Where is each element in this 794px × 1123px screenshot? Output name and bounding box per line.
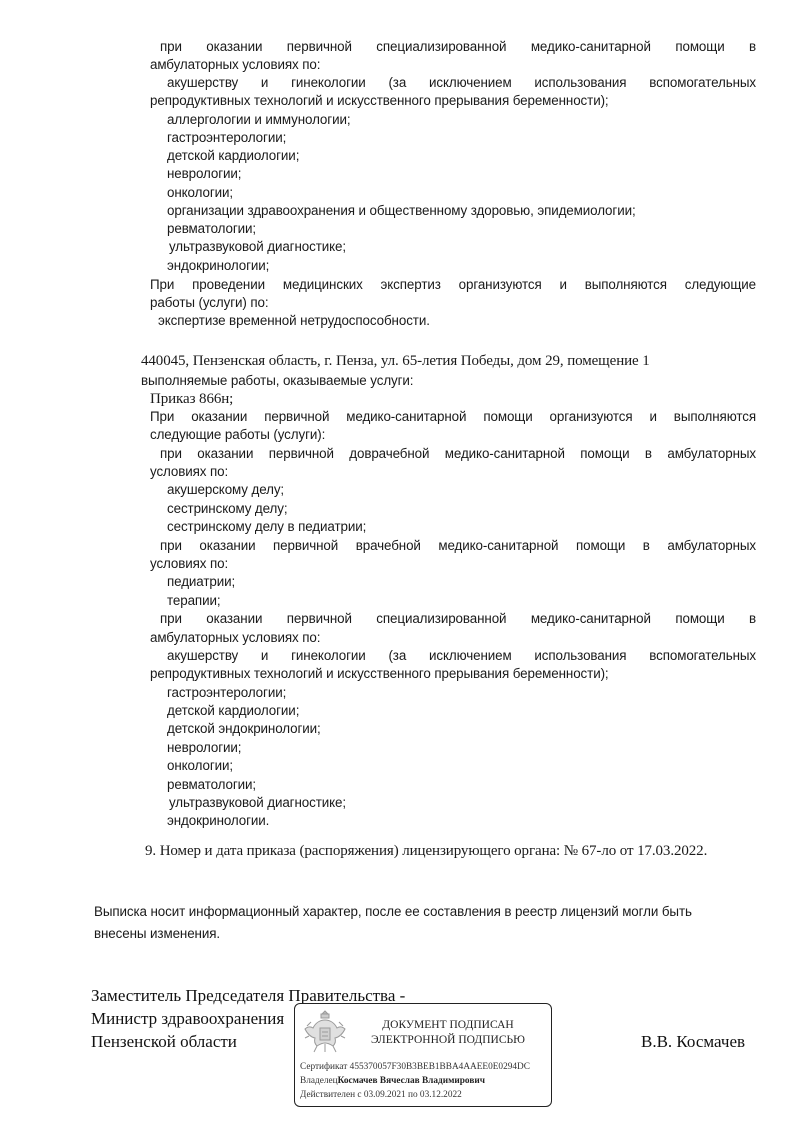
list-item: гастроэнтерологии;	[167, 129, 286, 147]
spec-care-intro-cont: амбулаторных условиях по:	[150, 56, 320, 74]
list-item: эндокринологии;	[167, 257, 269, 275]
stamp-title-line2: ЭЛЕКТРОННОЙ ПОДПИСЬЮ	[353, 1033, 543, 1048]
list-item: онкологии;	[167, 757, 233, 775]
list-item: детской кардиологии;	[167, 702, 299, 720]
list-item: аллергологии и иммунологии;	[167, 111, 350, 129]
list-item: детской эндокринологии;	[167, 720, 321, 738]
expertise-intro-cont: работы (услуги) по:	[150, 294, 268, 312]
list-item: экспертизе временной нетрудоспособности.	[158, 312, 430, 330]
list-item: детской кардиологии;	[167, 147, 299, 165]
stamp-title: ДОКУМЕНТ ПОДПИСАН ЭЛЕКТРОННОЙ ПОДПИСЬЮ	[353, 1018, 543, 1048]
list-item-cont: репродуктивных технологий и искусственно…	[150, 92, 609, 110]
e-signature-stamp: ДОКУМЕНТ ПОДПИСАН ЭЛЕКТРОННОЙ ПОДПИСЬЮ С…	[294, 1003, 552, 1107]
list-item: эндокринологии.	[167, 812, 269, 830]
vrach-intro-cont: условиях по:	[150, 555, 228, 573]
spec-intro: при оказании первичной специализированно…	[160, 610, 756, 628]
russian-coat-of-arms-icon	[303, 1008, 347, 1056]
vrach-intro: при оказании первичной врачебной медико-…	[160, 537, 756, 555]
spec-care-intro: при оказании первичной специализированно…	[160, 38, 756, 56]
owner-value: Космачев Вячеслав Владимирович	[338, 1076, 485, 1086]
spec-intro-cont: амбулаторных условиях по:	[150, 629, 320, 647]
list-item: неврологии;	[167, 739, 241, 757]
order-ref: Приказ 866н;	[150, 390, 233, 408]
list-item: терапии;	[167, 592, 220, 610]
signer-name: В.В. Космачев	[641, 1031, 745, 1053]
disclaimer-line2: внесены изменения.	[94, 925, 220, 943]
document-page: при оказании первичной специализированно…	[0, 0, 794, 1123]
disclaimer-line1: Выписка носит информационный характер, п…	[94, 903, 692, 921]
stamp-validity: Действителен с 03.09.2021 по 03.12.2022	[300, 1089, 462, 1102]
signer-position-line3: Пензенской области	[91, 1031, 237, 1053]
expertise-intro: При проведении медицинских экспертиз орг…	[150, 276, 756, 294]
address: 440045, Пензенская область, г. Пенза, ул…	[141, 352, 650, 370]
owner-label: Владелец	[300, 1076, 338, 1086]
stamp-certificate: Сертификат 455370057F30B3BEB1BBA4AAEE0E0…	[300, 1061, 530, 1074]
pmsp-intro: При оказании первичной медико-санитарной…	[150, 408, 756, 426]
list-item: гастроэнтерологии;	[167, 684, 286, 702]
list-item: организации здравоохранения и общественн…	[167, 202, 636, 220]
list-item: сестринскому делу в педиатрии;	[167, 518, 366, 536]
list-item: педиатрии;	[167, 573, 235, 591]
list-item: ревматологии;	[167, 220, 256, 238]
list-item: сестринскому делу;	[167, 500, 287, 518]
stamp-owner: ВладелецКосмачев Вячеслав Владимирович	[300, 1075, 485, 1088]
works-label: выполняемые работы, оказываемые услуги:	[141, 372, 413, 390]
certificate-value: 455370057F30B3BEB1BBA4AAEE0E0294DC	[350, 1062, 530, 1072]
pmsp-intro-cont: следующие работы (услуги):	[150, 426, 325, 444]
list-item: ультразвуковой диагностике;	[169, 794, 346, 812]
list-item: ультразвуковой диагностике;	[169, 238, 346, 256]
prevrach-intro: при оказании первичной доврачебной медик…	[160, 445, 756, 463]
certificate-label: Сертификат	[300, 1062, 347, 1072]
list-item: акушерскому делу;	[167, 481, 284, 499]
list-item-cont: репродуктивных технологий и искусственно…	[150, 665, 609, 683]
list-item: неврологии;	[167, 165, 241, 183]
prevrach-intro-cont: условиях по:	[150, 463, 228, 481]
signer-position-line2: Министр здравоохранения	[91, 1008, 284, 1030]
list-item: акушерству и гинекологии (за исключением…	[167, 74, 756, 92]
list-item: онкологии;	[167, 184, 233, 202]
stamp-title-line1: ДОКУМЕНТ ПОДПИСАН	[353, 1018, 543, 1033]
list-item: ревматологии;	[167, 776, 256, 794]
list-item: акушерству и гинекологии (за исключением…	[167, 647, 756, 665]
license-order-line: 9. Номер и дата приказа (распоряжения) л…	[145, 842, 707, 860]
